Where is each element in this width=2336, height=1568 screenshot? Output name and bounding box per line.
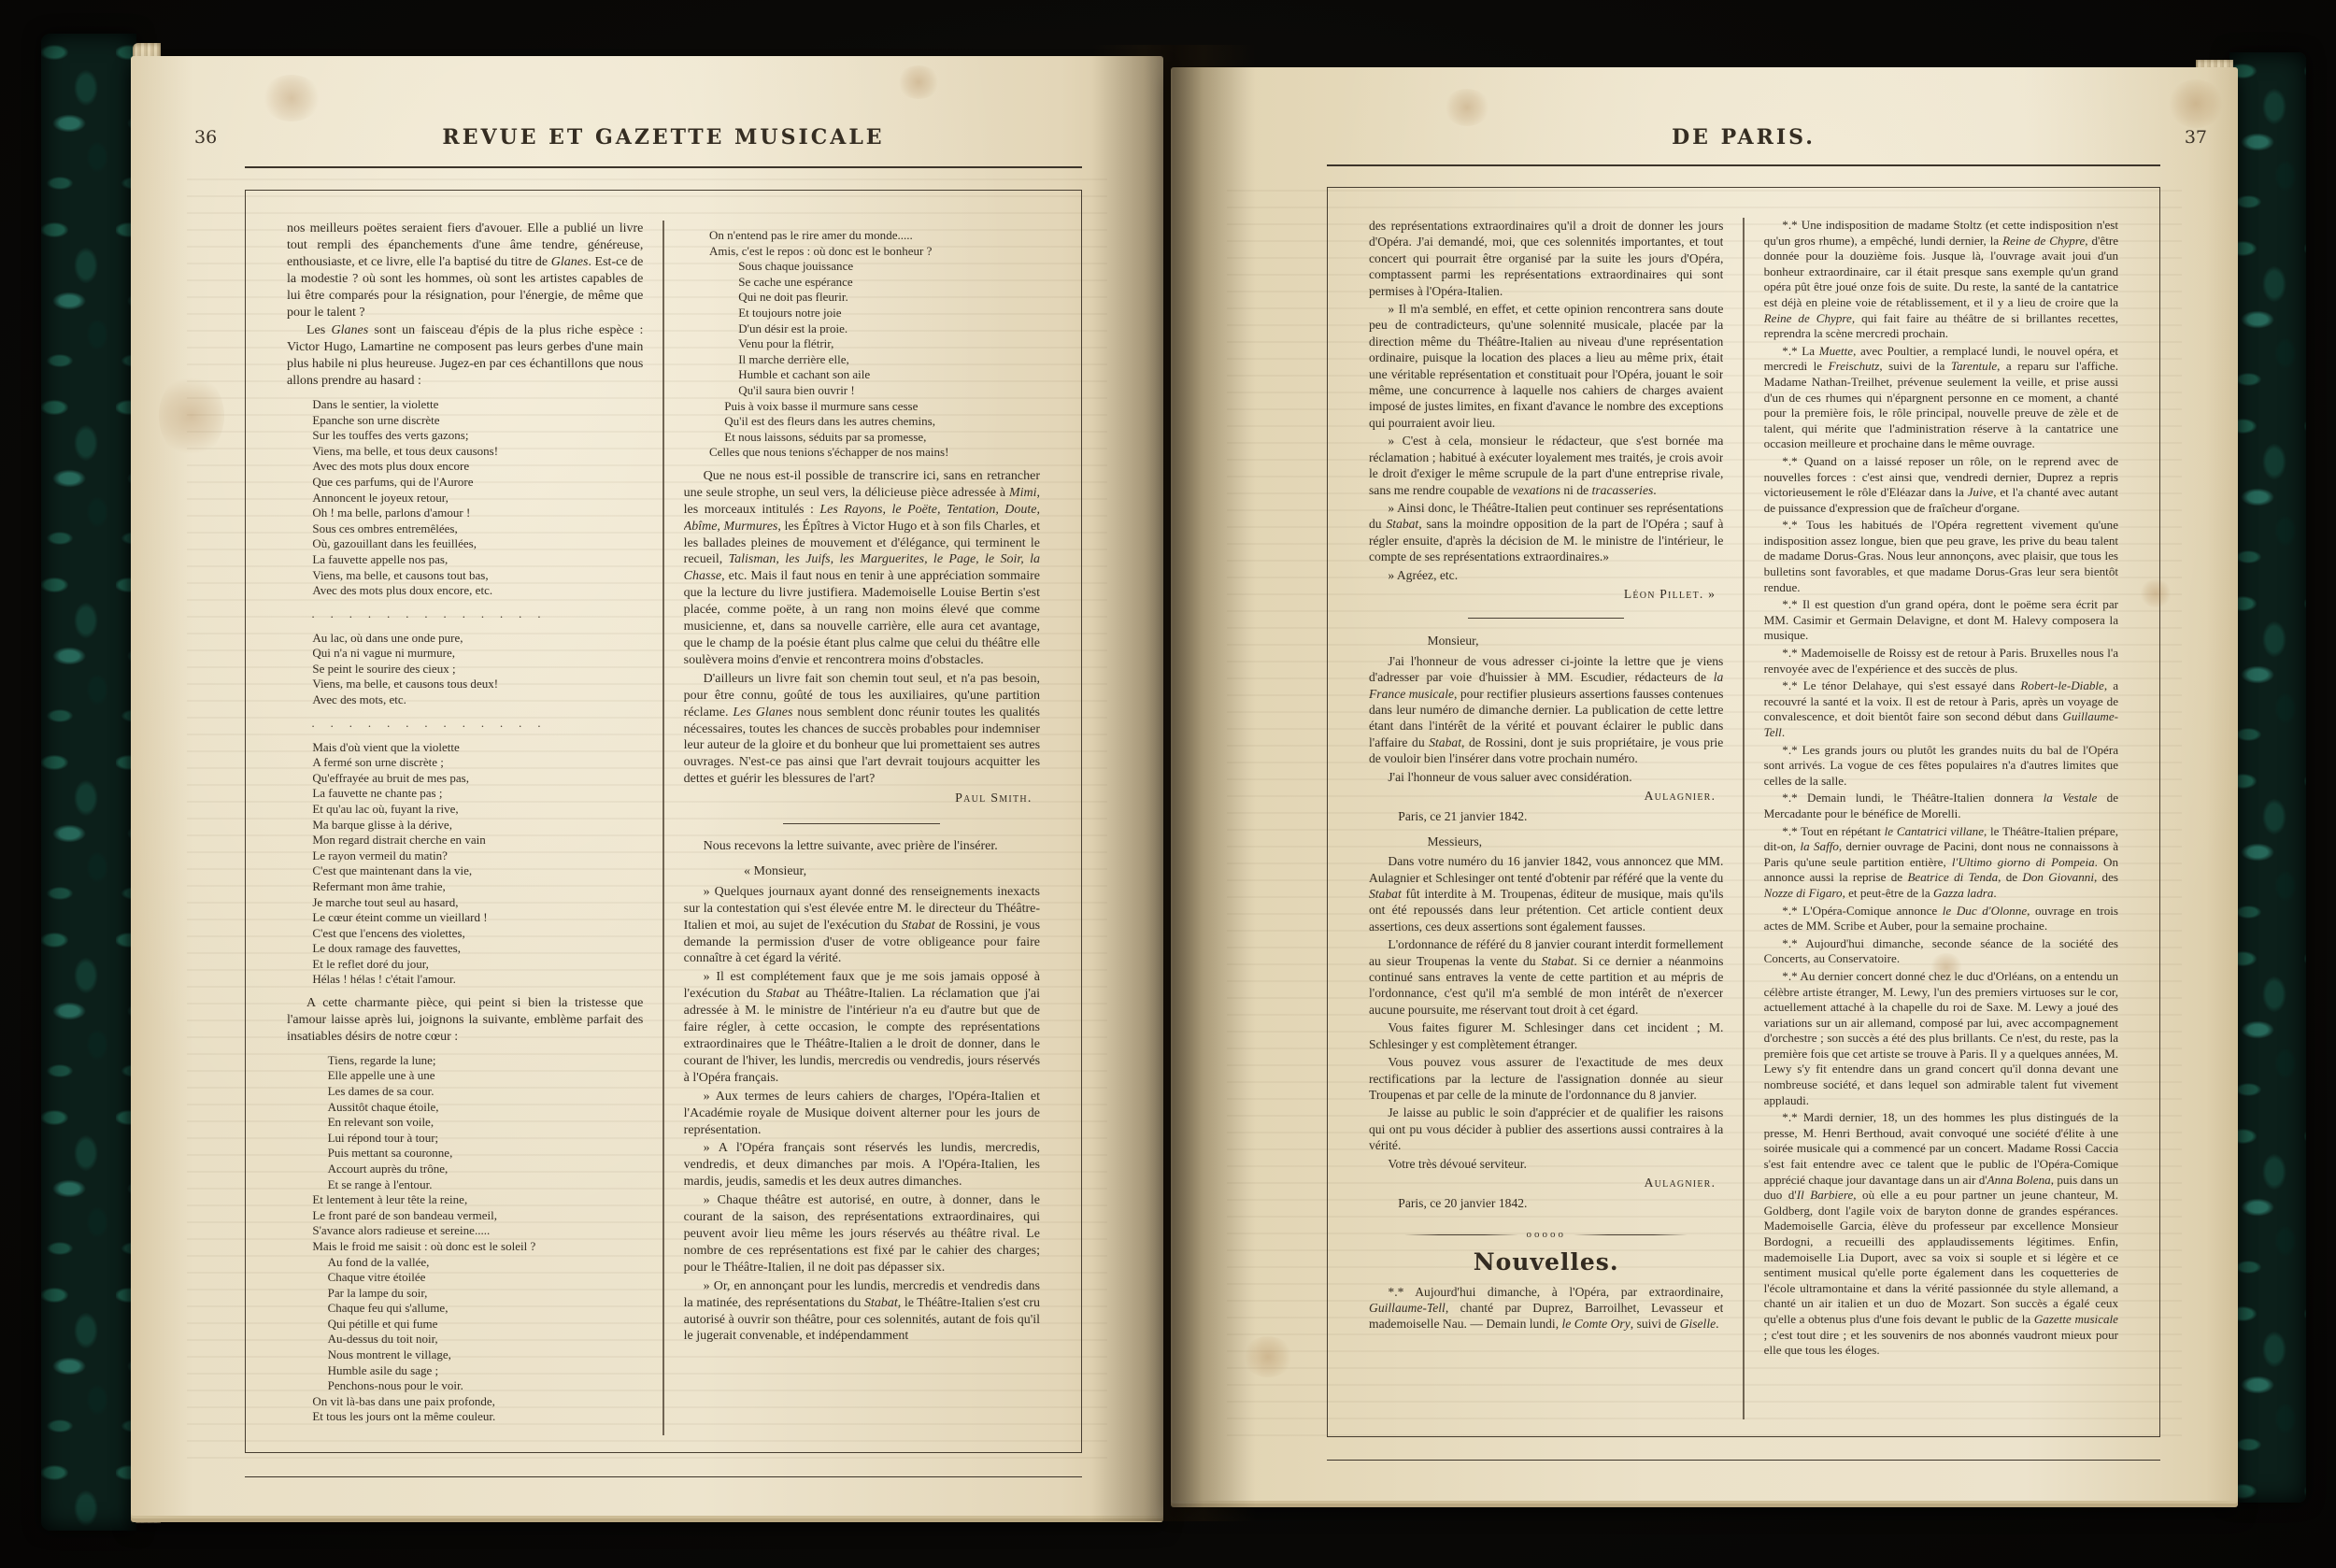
text-block-para: » A l'Opéra français sont réservés les l… [684,1140,1040,1190]
text-block-sig: Aulagnier. [1369,788,1723,804]
text-block-para: *.* L'Opéra-Comique annonce le Duc d'Olo… [1764,904,2118,934]
text-block-rule [1468,618,1624,619]
text-block-para: » Or, en annonçant pour les lundis, merc… [684,1278,1040,1346]
page-number-36: 36 [194,127,217,148]
header-rule-right [1327,164,2160,166]
text-block-para: » C'est à cela, monsieur le rédacteur, q… [1369,433,1723,498]
text-block-sig: Paul Smith. [684,791,1040,807]
running-title-left: REVUE ET GAZETTE MUSICALE [245,125,1082,150]
text-block-head: Nouvelles. [1369,1254,1723,1270]
text-block-salut: Monsieur, [1369,633,1723,649]
text-block-para: *.* Une indisposition de madame Stoltz (… [1764,218,2118,342]
tail-rule-right [1327,1460,2160,1461]
page-header-left: 36 REVUE ET GAZETTE MUSICALE [245,125,1082,150]
text-block-dots: . . . . . . . . . . . . . [311,716,643,733]
text-block-sig: Léon Pillet. » [1369,586,1723,602]
left-page-column-1: nos meilleurs poëtes seraient fiers d'av… [287,221,643,1435]
text-block-para: *.* Quand on a laissé reposer un rôle, o… [1764,454,2118,516]
text-block-para: » Agréez, etc. [1369,567,1723,583]
text-block-verse: Dans le sentier, la violetteEpanche son … [312,397,643,599]
text-block-para: » Quelques journaux ayant donné des rens… [684,884,1040,968]
text-block-para0: des représentations extraordinaires qu'i… [1369,218,1723,299]
text-block-para: Vous faites figurer M. Schlesinger dans … [1369,1019,1723,1052]
text-block-para: » Aux termes de leurs cahiers de charges… [684,1089,1040,1139]
text-block-para: A cette charmante pièce, qui peint si bi… [287,995,643,1046]
left-page-column-2: On n'entend pas le rire amer du monde...… [684,221,1040,1435]
text-block-verse: Tiens, regarde la lune;Elle appelle une … [312,1053,643,1425]
text-block-para: » Chaque théâtre est autorisé, en outre,… [684,1192,1040,1276]
page-right-37: DE PARIS. 37 des représentations extraor… [1171,67,2238,1501]
tail-rule-left [245,1476,1082,1477]
column-divider-right [1743,218,1744,1419]
text-block-para: » Il m'a semblé, en effet, et cette opin… [1369,301,1723,431]
text-block-date: Paris, ce 21 janvier 1842. [1369,808,1723,824]
text-block-date: Paris, ce 20 janvier 1842. [1369,1195,1723,1211]
text-block-verse: Mais d'où vient que la violetteA fermé s… [312,740,643,989]
text-block-para: J'ai l'honneur de vous adresser ci-joint… [1369,653,1723,767]
text-block-para: *.* Tout en répétant le Cantatrici villa… [1764,824,2118,902]
text-block-para: *.* Le ténor Delahaye, qui s'est essayé … [1764,678,2118,740]
text-block-para: *.* Aujourd'hui dimanche, seconde séance… [1764,936,2118,967]
right-page-column-1: des représentations extraordinaires qu'i… [1369,218,1723,1419]
text-block-verse: Au lac, où dans une onde pure,Qui n'a ni… [312,631,643,708]
text-block-para: *.* Mademoiselle de Roissy est de retour… [1764,646,2118,677]
header-rule-left [245,166,1082,168]
page-number-37: 37 [2185,127,2207,148]
text-block-para0: nos meilleurs poëtes seraient fiers d'av… [287,221,643,321]
book-cover-left-marbled [41,34,136,1531]
text-block-para: Vous pouvez vous assurer de l'exactitude… [1369,1054,1723,1103]
text-frame-left: nos meilleurs poëtes seraient fiers d'av… [245,190,1082,1453]
text-block-para: Votre très dévoué serviteur. [1369,1156,1723,1172]
text-block-para: » Il est complétement faux que je me soi… [684,969,1040,1086]
running-title-right: DE PARIS. [1327,125,2160,150]
right-page-column-2: *.* Une indisposition de madame Stoltz (… [1764,218,2118,1419]
column-divider-left [662,221,663,1435]
text-block-para: L'ordonnance de référé du 8 janvier cour… [1369,936,1723,1018]
open-book-photo: 36 REVUE ET GAZETTE MUSICALE nos meilleu… [0,0,2336,1568]
text-block-salut: Messieurs, [1369,834,1723,849]
text-block-para: *.* Les grands jours ou plutôt les grand… [1764,743,2118,790]
text-block-para: Dans votre numéro du 16 janvier 1842, vo… [1369,853,1723,934]
book-cover-right-marbled [2229,52,2306,1503]
text-block-rule [783,823,940,824]
text-block-para: J'ai l'honneur de vous saluer avec consi… [1369,769,1723,785]
text-block-para: *.* Il est question d'un grand opéra, do… [1764,597,2118,644]
text-block-para: *.* Tous les habitués de l'Opéra regrett… [1764,518,2118,595]
text-block-para: » Ainsi donc, le Théâtre-Italien peut co… [1369,500,1723,565]
text-block-dots: . . . . . . . . . . . . . [311,606,643,623]
text-block-para: *.* La Muette, avec Poultier, a remplacé… [1764,344,2118,452]
text-block-sig: Aulagnier. [1369,1175,1723,1190]
text-block-para: Que ne nous est-il possible de transcrir… [684,468,1040,669]
text-block-salut: « Monsieur, [684,863,1040,880]
text-block-verse: On n'entend pas le rire amer du monde...… [709,228,1040,461]
text-block-para: *.* Au dernier concert donné chez le duc… [1764,969,2118,1108]
text-frame-right: des représentations extraordinaires qu'i… [1327,187,2160,1437]
text-block-para: Les Glanes sont un faisceau d'épis de la… [287,322,643,390]
text-block-para: *.* Demain lundi, le Théâtre-Italien don… [1764,791,2118,821]
text-block-para: D'ailleurs un livre fait son chemin tout… [684,671,1040,788]
text-block-para: Je laisse au public le soin d'apprécier … [1369,1105,1723,1153]
text-block-para: Nous recevons la lettre suivante, avec p… [684,838,1040,855]
text-block-div: ooooo [1404,1227,1688,1243]
text-block-para: *.* Aujourd'hui dimanche, à l'Opéra, par… [1369,1284,1723,1333]
page-left-36: 36 REVUE ET GAZETTE MUSICALE nos meilleu… [131,56,1163,1516]
page-header-right: DE PARIS. 37 [1327,125,2160,150]
text-block-para: *.* Mardi dernier, 18, un des hommes les… [1764,1110,2118,1359]
